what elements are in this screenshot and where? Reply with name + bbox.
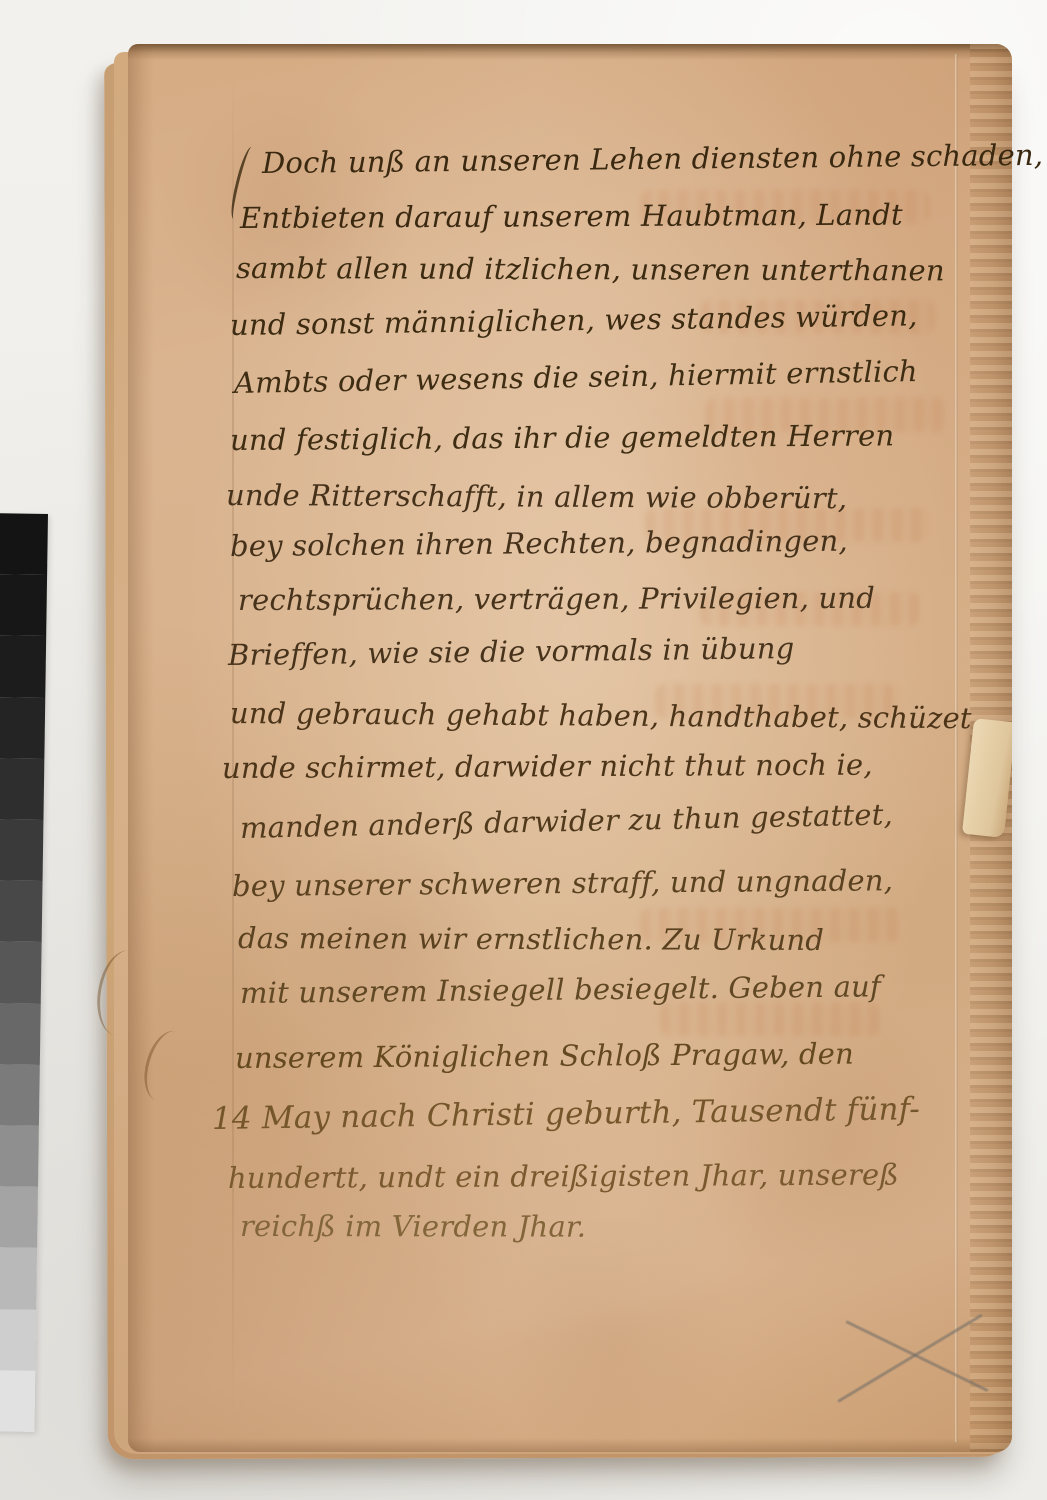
handwritten-line: rechtsprüchen, verträgen, Privilegien, u… xyxy=(238,581,875,617)
manuscript-photo: Doch unß an unseren Lehen diensten ohne … xyxy=(0,0,1047,1500)
handwritten-line: das meinen wir ernstlichen. Zu Urkund xyxy=(238,921,824,957)
grayscale-step xyxy=(0,1003,41,1065)
binding-shadow xyxy=(128,44,154,1452)
handwritten-line: und gebrauch gehabt haben, handthabet, s… xyxy=(230,696,972,735)
grayscale-step xyxy=(0,880,43,942)
grayscale-step xyxy=(0,1125,39,1187)
grayscale-step xyxy=(0,574,47,636)
grayscale-step xyxy=(0,819,43,881)
handwritten-line: reichß im Vierden Jhar. xyxy=(240,1209,586,1244)
handwritten-line: Brieffen, wie sie die vormals in übung xyxy=(228,631,795,672)
handwritten-line: bey unserer schweren straff, und ungnade… xyxy=(232,863,893,903)
grayscale-step xyxy=(0,697,45,759)
handwritten-line: bey solchen ihren Rechten, begnadingen, xyxy=(230,524,848,563)
handwritten-line: unde Ritterschafft, in allem wie obberür… xyxy=(226,478,847,515)
handwritten-line: sambt allen und itzlichen, unseren unter… xyxy=(236,251,945,287)
handwritten-line: und festiglich, das ihr die gemeldten He… xyxy=(230,418,895,457)
grayscale-step xyxy=(0,758,44,820)
fold-crease-left xyxy=(232,68,234,1422)
page-top-edge xyxy=(128,44,1012,60)
grayscale-step xyxy=(0,1186,38,1248)
handwritten-line: Entbieten darauf unserem Haubtman, Landt xyxy=(240,198,903,235)
grayscale-step xyxy=(0,513,48,575)
grayscale-step xyxy=(0,1064,40,1126)
grayscale-step xyxy=(0,1370,35,1432)
handwritten-line: hundertt, undt ein dreißigisten Jhar, un… xyxy=(228,1157,899,1195)
grayscale-step xyxy=(0,1309,36,1371)
handwritten-line: unserem Königlichen Schloß Pragaw, den xyxy=(235,1037,854,1075)
grayscale-step xyxy=(0,636,46,698)
handwritten-line: unde schirmet, darwider nicht thut noch … xyxy=(222,748,873,785)
grayscale-calibration-strip xyxy=(0,513,48,1432)
grayscale-step xyxy=(0,1248,37,1310)
fold-crease-right xyxy=(955,54,958,1442)
handwritten-line: mit unserem Insiegell besiegelt. Geben a… xyxy=(240,969,881,1010)
page-bottom-edge xyxy=(128,1438,1012,1452)
grayscale-step xyxy=(0,942,42,1004)
